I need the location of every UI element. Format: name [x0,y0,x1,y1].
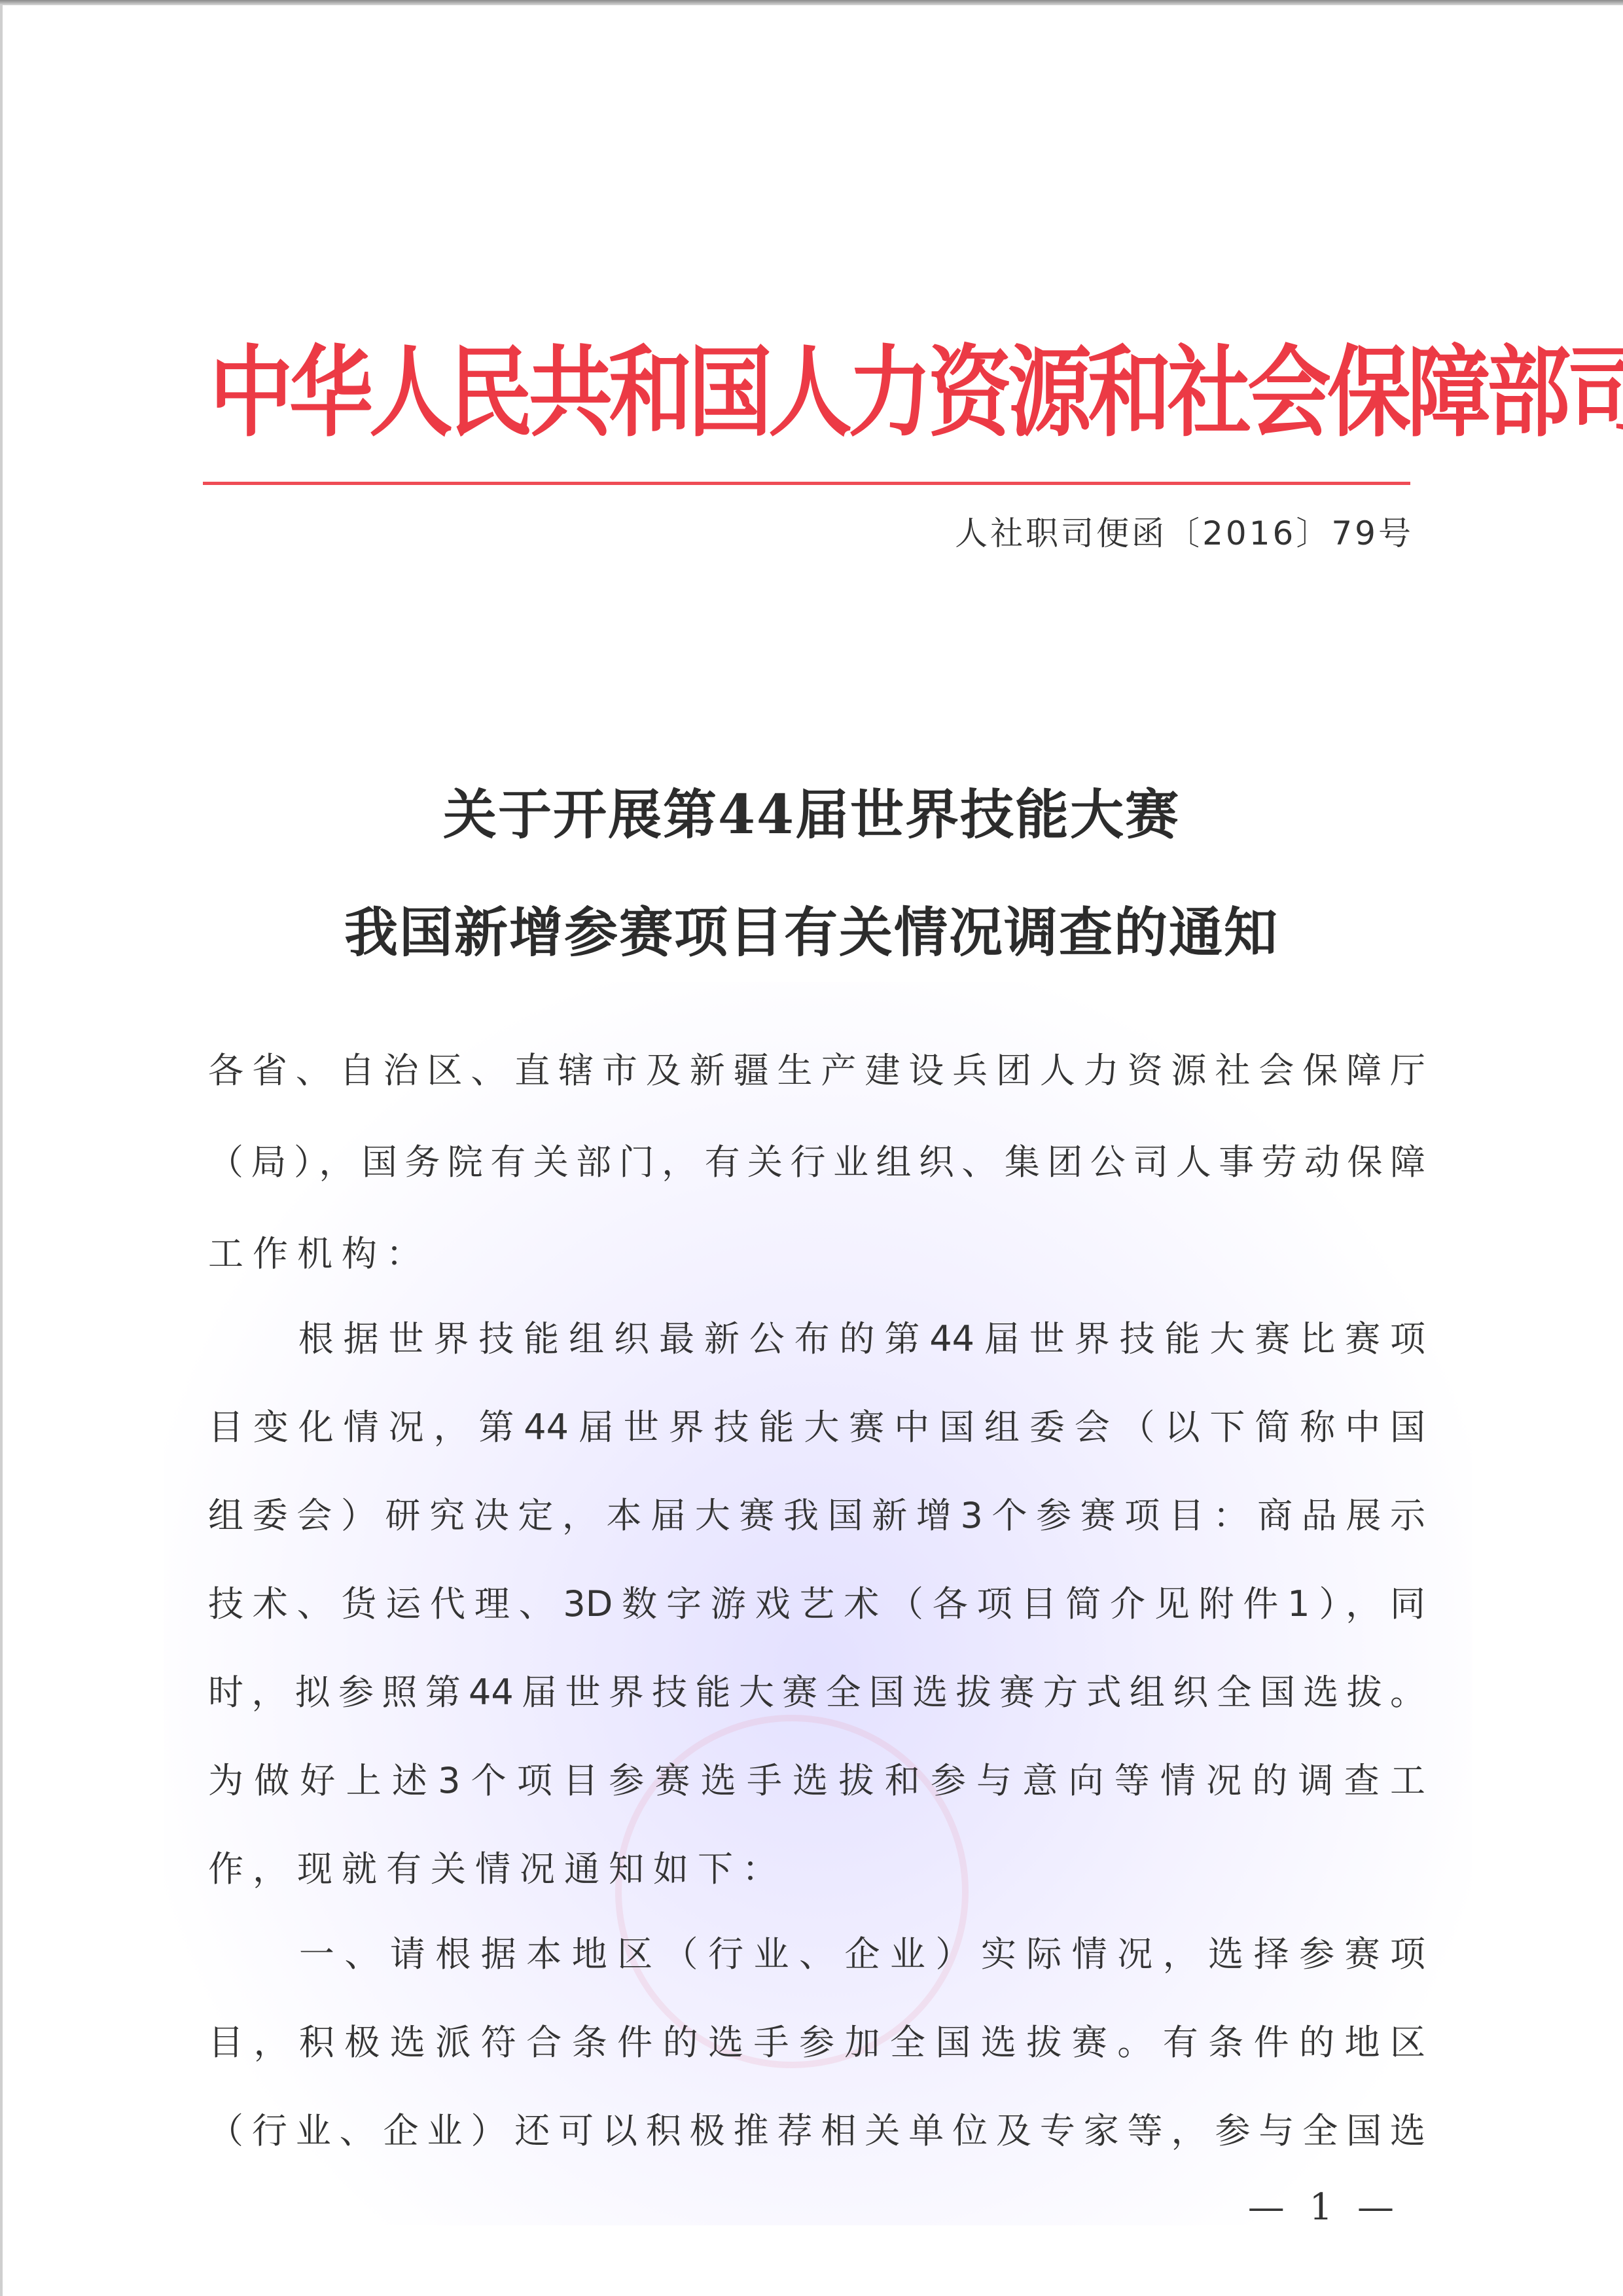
letterhead-divider [203,482,1410,485]
notice-title-line-1: 关于开展第44届世界技能大赛 [209,772,1414,849]
body-line: 时，拟参照第44届世界技能大赛全国选拔赛方式组织全国选拔。 [208,1669,1425,1716]
document-number: 人社职司便函〔2016〕79号 [811,511,1414,556]
body-line: 作，现就有关情况通知如下： [208,1846,1425,1893]
body-line: 根据世界技能组织最新公布的第44届世界技能大赛比赛项 [208,1316,1425,1363]
body-line: 技术、货运代理、3D数字游戏艺术（各项目简介见附件1），同 [208,1581,1425,1628]
page-number: — 1 — [1230,2186,1400,2229]
body-line: 目变化情况，第44届世界技能大赛中国组委会（以下简称中国 [208,1404,1425,1451]
body-line: 为做好上述3个项目参赛选手选拔和参与意向等情况的调查工 [208,1757,1425,1804]
body-line: 工作机构： [208,1230,1425,1278]
body-line: 目，积极选派符合条件的选手参加全国选拔赛。有条件的地区 [208,2019,1425,2066]
document-page: 中华人民共和国人力资源和社会保障部司局函件 人社职司便函〔2016〕79号 关于… [0,0,1623,2296]
body-line: （局），国务院有关部门，有关行业组织、集团公司人事劳动保障 [208,1139,1425,1186]
body-line: 一、请根据本地区（行业、企业）实际情况，选择参赛项 [208,1931,1425,1978]
notice-title-line-2: 我国新增参赛项目有关情况调查的通知 [209,890,1414,967]
body-line: 组委会）研究决定，本届大赛我国新增3个参赛项目：商品展示 [208,1492,1425,1539]
letterhead-title: 中华人民共和国人力资源和社会保障部司局函件 [209,327,1414,459]
scan-edge-left [0,5,3,2296]
scan-edge-top [0,0,1623,5]
body-line: （行业、企业）还可以积极推荐相关单位及专家等，参与全国选 [208,2108,1425,2155]
body-line: 各省、自治区、直辖市及新疆生产建设兵团人力资源社会保障厅 [208,1047,1425,1094]
